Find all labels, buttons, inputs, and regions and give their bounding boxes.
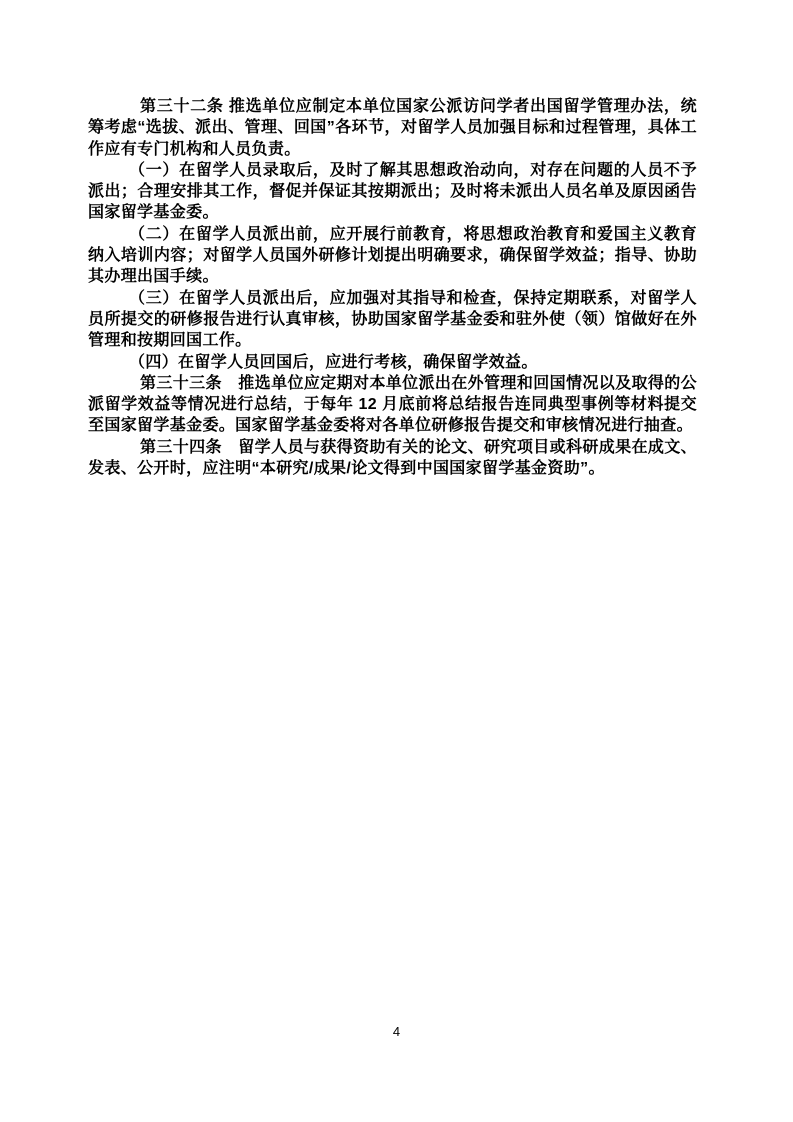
paragraph-article-33: 第三十三条 推选单位应定期对本单位派出在外管理和回国情况以及取得的公派留学效益等…: [88, 373, 697, 437]
paragraph-article-32-item-1: （一）在留学人员录取后，及时了解其思想政治动向，对存在问题的人员不予派出；合理安…: [88, 160, 697, 224]
paragraph-article-32-item-3: （三）在留学人员派出后，应加强对其指导和检查，保持定期联系，对留学人员所提交的研…: [88, 288, 697, 352]
document-body: 第三十二条 推选单位应制定本单位国家公派访问学者出国留学管理办法，统筹考虑“选拔…: [88, 96, 697, 479]
paragraph-article-34: 第三十四条 留学人员与获得资助有关的论文、研究项目或科研成果在成文、发表、公开时…: [88, 437, 697, 480]
paragraph-article-32: 第三十二条 推选单位应制定本单位国家公派访问学者出国留学管理办法，统筹考虑“选拔…: [88, 96, 697, 160]
paragraph-article-32-item-2: （二）在留学人员派出前，应开展行前教育，将思想政治教育和爱国主义教育纳入培训内容…: [88, 224, 697, 288]
page-number: 4: [0, 1024, 793, 1039]
document-page: 第三十二条 推选单位应制定本单位国家公派访问学者出国留学管理办法，统筹考虑“选拔…: [0, 0, 793, 1122]
paragraph-article-32-item-4: （四）在留学人员回国后，应进行考核，确保留学效益。: [88, 352, 697, 373]
